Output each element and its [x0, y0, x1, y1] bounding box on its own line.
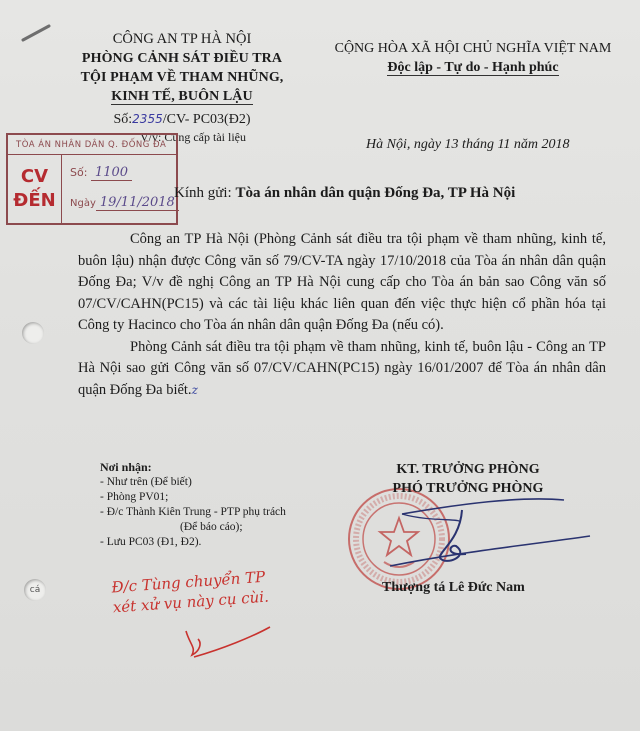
receivers-list: Nơi nhận: - Như trên (Để biết) - Phòng P…: [100, 460, 286, 550]
nation-name: CỘNG HÒA XÃ HỘI CHỦ NGHĨA VIỆT NAM: [306, 39, 640, 58]
signer-name: Thượng tá Lê Đức Nam: [382, 580, 525, 596]
department-line-2: TỘI PHẠM VỀ THAM NHŨNG,: [48, 68, 316, 87]
issuing-agency-header: CÔNG AN TP HÀ NỘI PHÒNG CẢNH SÁT ĐIỀU TR…: [48, 30, 316, 129]
signature-block: KT. TRƯỞNG PHÒNG PHÓ TRƯỞNG PHÒNG: [366, 460, 570, 498]
body-paragraph-2: Phòng Cảnh sát điều tra tội phạm về tham…: [78, 337, 606, 402]
agency-name: CÔNG AN TP HÀ NỘI: [48, 30, 316, 49]
receiver-item: - Phòng PV01;: [100, 490, 286, 505]
national-header: CỘNG HÒA XÃ HỘI CHỦ NGHĨA VIỆT NAM Độc l…: [306, 39, 640, 77]
stamp-number-value: 1100: [91, 165, 132, 181]
national-motto: Độc lập - Tự do - Hạnh phúc: [387, 60, 558, 76]
letter-body: Công an TP Hà Nội (Phòng Cảnh sát điều t…: [78, 229, 606, 401]
stamp-date: Ngày19/11/2018: [70, 195, 179, 210]
stamp-date-value: 19/11/2018: [96, 195, 179, 211]
body-paragraph-1: Công an TP Hà Nội (Phòng Cảnh sát điều t…: [78, 229, 606, 337]
stamp-number: Số: 1100: [70, 165, 132, 180]
date-line: Hà Nội, ngày 13 tháng 11 năm 2018: [366, 137, 570, 153]
receivers-title: Nơi nhận:: [100, 460, 286, 475]
handwritten-note: Đ/c Tùng chuyển TP xét xử vụ này cụ cùi.: [111, 567, 270, 618]
recipient-prefix: Kính gửi:: [174, 185, 232, 201]
handwritten-tick: z: [192, 383, 198, 397]
document-page: CÔNG AN TP HÀ NỘI PHÒNG CẢNH SÁT ĐIỀU TR…: [0, 0, 640, 731]
punch-hole-icon: cá: [24, 579, 46, 601]
reference-number: Số:2355/CV- PC03(Đ2): [48, 110, 316, 129]
stamp-cv-den-label: CV ĐẾN: [8, 155, 62, 223]
receiver-item: - Lưu PC03 (Đ1, Đ2).: [100, 535, 286, 550]
signature-title-2: PHÓ TRƯỞNG PHÒNG: [366, 479, 570, 498]
received-stamp: TÒA ÁN NHÂN DÂN Q. ĐỐNG ĐA CV ĐẾN Số: 11…: [6, 133, 178, 225]
signature-scribble: [400, 500, 600, 580]
stamp-org: TÒA ÁN NHÂN DÂN Q. ĐỐNG ĐA: [8, 135, 176, 155]
receiver-item: (Để báo cáo);: [100, 520, 286, 535]
department-line-3: KINH TẾ, BUÔN LẬU: [111, 89, 252, 105]
receiver-item: - Như trên (Để biết): [100, 475, 286, 490]
punch-hole-icon: [22, 322, 44, 344]
receiver-item: - Đ/c Thành Kiên Trung - PTP phụ trách: [100, 505, 286, 520]
signature-title-1: KT. TRƯỞNG PHÒNG: [366, 460, 570, 479]
department-line-1: PHÒNG CẢNH SÁT ĐIỀU TRA: [48, 49, 316, 68]
handwritten-ref-number: 2355: [132, 112, 163, 126]
recipient-line: Kính gửi: Tòa án nhân dân quận Đống Đa, …: [174, 185, 515, 202]
recipient-name: Tòa án nhân dân quận Đống Đa, TP Hà Nội: [235, 185, 515, 201]
handwritten-initial: [182, 625, 282, 665]
